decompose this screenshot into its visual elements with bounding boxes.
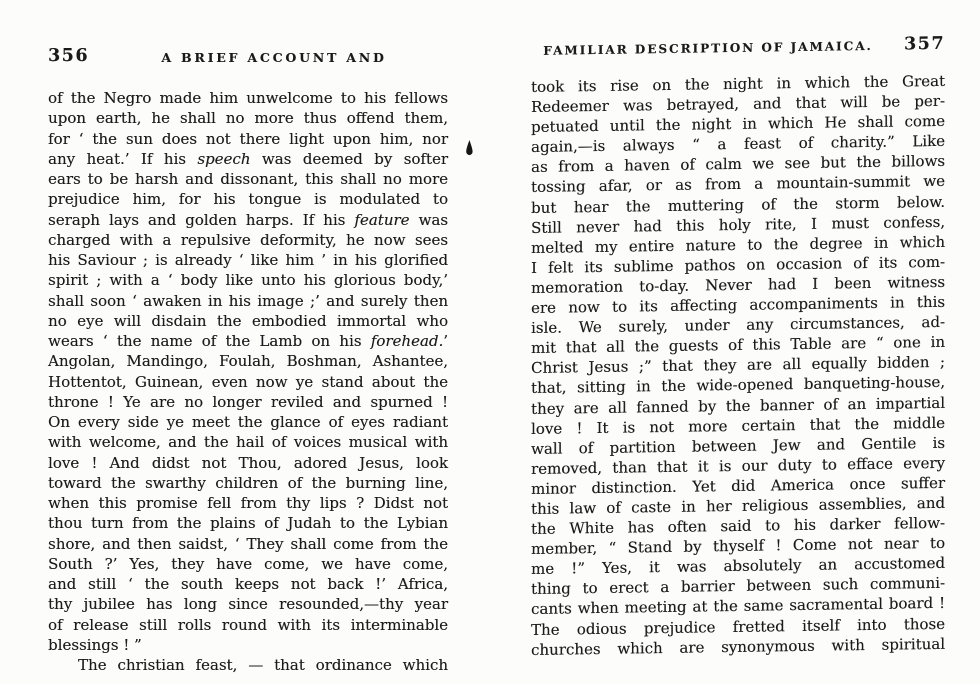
- text-line: shore, and then saidst, ‘ They shall com…: [48, 534, 448, 554]
- text-line: ears to be harsh and dissonant, this sha…: [48, 169, 448, 189]
- text-line: love ! And didst not Thou, adored Jesus,…: [48, 453, 448, 473]
- book-scan: 356 A BRIEF ACCOUNT AND FAMILIAR DESCRIP…: [0, 0, 980, 684]
- left-page-header: 356 A BRIEF ACCOUNT AND: [48, 50, 448, 65]
- left-running-title: A BRIEF ACCOUNT AND: [48, 50, 448, 65]
- text-line: seraph lays and golden harps. If his fea…: [48, 210, 448, 230]
- text-line: charged with a repulsive deformity, he n…: [48, 230, 448, 250]
- right-page-body: took its rise on the night in which the …: [531, 71, 945, 660]
- text-line: toward the swarthy children of the burni…: [48, 473, 448, 493]
- text-line: when this promise fell from thy lips ? D…: [48, 493, 448, 513]
- text-line: any heat.’ If his speech was deemed by s…: [48, 149, 448, 169]
- text-line: Angolan, Mandingo, Foulah, Boshman, Asha…: [48, 351, 448, 371]
- text-line: throne ! Ye are no longer reviled and sp…: [48, 392, 448, 412]
- text-line: of release still rolls round with its in…: [48, 615, 448, 635]
- left-page-body: of the Negro made him unwelcome to his f…: [48, 88, 448, 675]
- ink-blemish: [466, 140, 473, 156]
- text-line: his Saviour ; is already ‘ like him ’ in…: [48, 250, 448, 270]
- text-line: no eye will disdain the embodied immorta…: [48, 311, 448, 331]
- text-line: spirit ; with a ‘ body like unto his glo…: [48, 270, 448, 290]
- text-line: On every side ye meet the glance of eyes…: [48, 412, 448, 432]
- right-page-header: FAMILIAR DESCRIPTION OF JAMAICA. 357: [531, 38, 945, 58]
- text-line: Hottentot, Guinean, even now ye stand ab…: [48, 372, 448, 392]
- text-line: and still ‘ the south keeps not back !’ …: [48, 574, 448, 594]
- text-line: with welcome, and the hail of voices mus…: [48, 432, 448, 452]
- text-line: thou turn from the plains of Judah to th…: [48, 513, 448, 533]
- text-line: prejudice him, for his tongue is modulat…: [48, 189, 448, 209]
- text-line: blessings ! ”: [48, 635, 448, 655]
- text-line: shall soon ‘ awaken in his image ;’ and …: [48, 291, 448, 311]
- text-line: upon earth, he shall no more thus offend…: [48, 108, 448, 128]
- text-line: South ?’ Yes, they have come, we have co…: [48, 554, 448, 574]
- text-line: for ‘ the sun does not there light upon …: [48, 129, 448, 149]
- right-page-number: 357: [904, 34, 945, 55]
- text-line: wears ‘ the name of the Lamb on his fore…: [48, 331, 448, 351]
- left-page-number: 356: [48, 46, 89, 66]
- text-line: thy jubilee has long since resounded,—th…: [48, 594, 448, 614]
- text-line: The christian feast, — that ordinance wh…: [48, 655, 448, 675]
- right-running-title: FAMILIAR DESCRIPTION OF JAMAICA.: [531, 38, 945, 58]
- text-line: of the Negro made him unwelcome to his f…: [48, 88, 448, 108]
